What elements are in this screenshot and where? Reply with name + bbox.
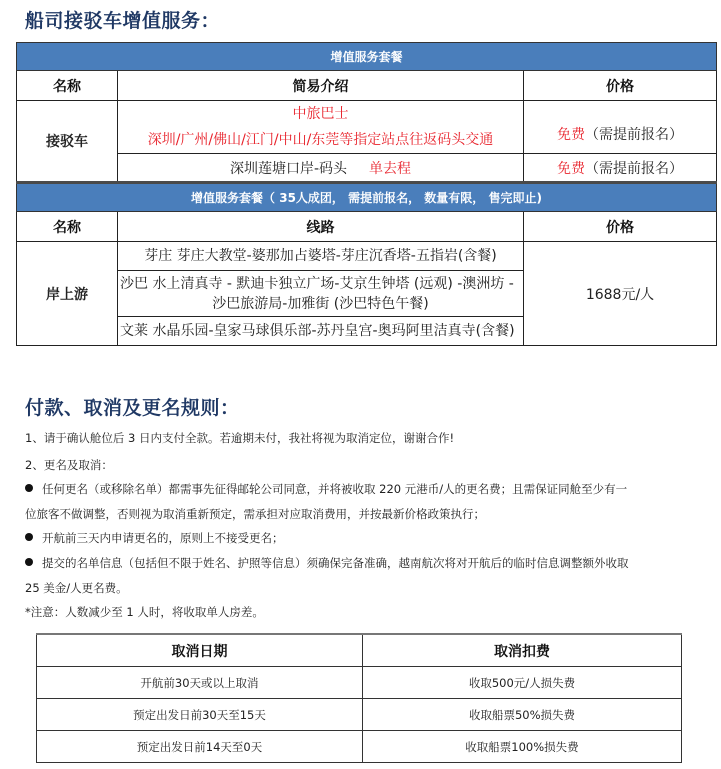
- shore-band-title: 增值服务套餐（ 35人成团， 需提前报名， 数量有限， 售完即止): [17, 183, 717, 212]
- shuttle-band-title: 增值服务套餐: [17, 43, 717, 71]
- header-intro: 简易介绍: [118, 71, 524, 101]
- rule-bullet-3-text: 提交的名单信息（包括但不限于姓名、护照等信息）须确保完备准确，越南航次将对开航后…: [42, 556, 629, 570]
- cancel-fee: 收取船票100%损失费: [363, 731, 682, 763]
- shore-price-cell: 1688元/人: [524, 242, 717, 346]
- bullet-icon: [25, 558, 33, 566]
- rule-bullet-3-cont: 25 美金/人更名费。: [25, 580, 128, 596]
- price-note: （需提前报名）: [585, 161, 683, 177]
- shuttle-intro-cell: 中旅巴士 深圳/广州/佛山/江门/中山/东莞等指定站点往返码头交通: [118, 101, 524, 154]
- rule-note: *注意：人数减少至 1 人时，将收取单人房差。: [25, 604, 264, 620]
- header-price: 价格: [524, 71, 717, 101]
- cancel-fee-table: 取消日期 取消扣费 开航前30天或以上取消 收取500元/人损失费 预定出发日前…: [36, 633, 682, 763]
- rule-item-2: 2、更名及取消：: [25, 457, 113, 473]
- service-name-shuttle: 接驳车: [17, 101, 118, 183]
- rules-section-title: 付款、取消及更名规则：: [25, 393, 240, 420]
- header-name: 名称: [17, 71, 118, 101]
- rule-bullet-1-text: 任何更名（或移除名单）都需事先征得邮轮公司同意，并将被收取 220 元港币/人的…: [42, 482, 627, 496]
- route-sabah-line1: 沙巴 水上清真寺 - 默迪卡独立广场-艾京生钟塔 (远观) -澳洲坊 -: [120, 274, 521, 294]
- price-free: 免费: [557, 161, 585, 177]
- shuttle-intro-main: 深圳莲塘口岸-码头: [230, 161, 347, 177]
- header-route: 线路: [118, 212, 524, 242]
- route-brunei: 文莱 水晶乐园-皇家马球俱乐部-苏丹皇宫-奥玛阿里洁真寺(含餐): [118, 317, 524, 346]
- table-row: 预定出发日前30天至15天 收取船票50%损失费: [37, 699, 682, 731]
- cancel-fee: 收取500元/人损失费: [363, 667, 682, 699]
- shuttle-section-title: 船司接驳车增值服务：: [25, 6, 220, 33]
- table-row: 开航前30天或以上取消 收取500元/人损失费: [37, 667, 682, 699]
- service-table: 增值服务套餐 名称 简易介绍 价格 接驳车 中旅巴士 深圳/广州/佛山/江门/中…: [16, 42, 717, 346]
- service-name-shore: 岸上游: [17, 242, 118, 346]
- rule-bullet-1-cont: 位旅客不做调整，否则视为取消重新预定，需承担对应取消费用，并按最新价格政策执行；: [25, 506, 485, 522]
- route-nhatrang: 芽庄 芽庄大教堂-婆那加占婆塔-芽庄沉香塔-五指岩(含餐): [118, 242, 524, 271]
- cancel-fee: 收取船票50%损失费: [363, 699, 682, 731]
- shuttle-intro-line2: 深圳/广州/佛山/江门/中山/东莞等指定站点往返码头交通: [120, 127, 521, 153]
- header-name: 名称: [17, 212, 118, 242]
- header-cancel-fee: 取消扣费: [363, 634, 682, 667]
- cancel-date: 预定出发日前30天至15天: [37, 699, 363, 731]
- rule-bullet-1: 任何更名（或移除名单）都需事先征得邮轮公司同意，并将被收取 220 元港币/人的…: [25, 481, 627, 497]
- shore-header-row: 名称 线路 价格: [17, 212, 717, 242]
- rule-bullet-2-text: 开航前三天内申请更名的，原则上不接受更名；: [42, 531, 284, 545]
- price-free: 免费: [557, 127, 585, 143]
- header-price: 价格: [524, 212, 717, 242]
- table-row: 接驳车 中旅巴士 深圳/广州/佛山/江门/中山/东莞等指定站点往返码头交通 免费…: [17, 101, 717, 154]
- cancel-header-row: 取消日期 取消扣费: [37, 634, 682, 667]
- shuttle-price-cell-2: 免费（需提前报名）: [524, 154, 717, 183]
- route-sabah-line2: 沙巴旅游局-加雅街 (沙巴特色午餐): [120, 294, 521, 314]
- bullet-icon: [25, 533, 33, 541]
- shuttle-intro-line1: 中旅巴士: [120, 101, 521, 127]
- table-row: 岸上游 芽庄 芽庄大教堂-婆那加占婆塔-芽庄沉香塔-五指岩(含餐) 1688元/…: [17, 242, 717, 271]
- shuttle-intro-tag: 单去程: [369, 161, 411, 177]
- shuttle-price-cell: 免费（需提前报名）: [524, 101, 717, 154]
- bullet-icon: [25, 484, 33, 492]
- shuttle-header-row: 名称 简易介绍 价格: [17, 71, 717, 101]
- price-note: （需提前报名）: [585, 127, 683, 143]
- shore-band-row: 增值服务套餐（ 35人成团， 需提前报名， 数量有限， 售完即止): [17, 183, 717, 212]
- table-row: 深圳莲塘口岸-码头单去程 免费（需提前报名）: [17, 154, 717, 183]
- route-sabah: 沙巴 水上清真寺 - 默迪卡独立广场-艾京生钟塔 (远观) -澳洲坊 - 沙巴旅…: [118, 271, 524, 317]
- rule-bullet-2: 开航前三天内申请更名的，原则上不接受更名；: [25, 530, 284, 546]
- cancel-date: 开航前30天或以上取消: [37, 667, 363, 699]
- shuttle-band-row: 增值服务套餐: [17, 43, 717, 71]
- rule-item-1: 1、请于确认舱位后 3 日内支付全款。若逾期未付，我社将视为取消定位，谢谢合作!: [25, 430, 454, 446]
- cancel-date: 预定出发日前14天至0天: [37, 731, 363, 763]
- rule-bullet-3: 提交的名单信息（包括但不限于姓名、护照等信息）须确保完备准确，越南航次将对开航后…: [25, 555, 629, 571]
- header-cancel-date: 取消日期: [37, 634, 363, 667]
- table-row: 预定出发日前14天至0天 收取船票100%损失费: [37, 731, 682, 763]
- shuttle-intro-cell-2: 深圳莲塘口岸-码头单去程: [118, 154, 524, 183]
